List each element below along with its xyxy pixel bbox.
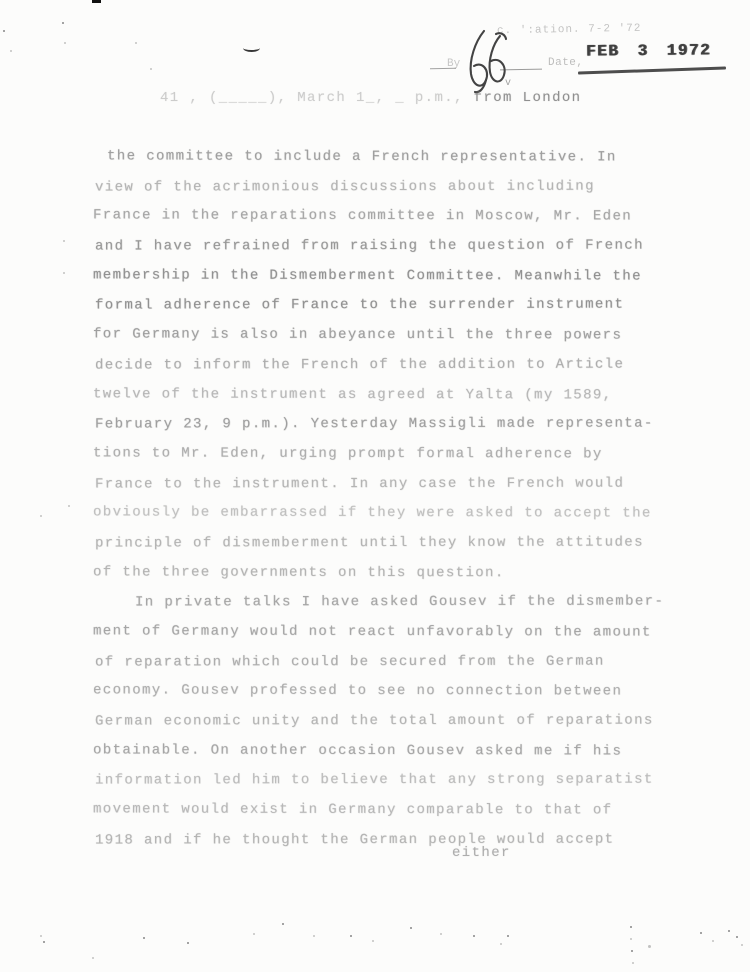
scan-speck	[631, 950, 633, 952]
scan-speck	[92, 957, 94, 959]
scan-speck	[63, 240, 65, 242]
typewritten-line: 1918 and if he thought the German people…	[95, 825, 701, 856]
scan-speck	[700, 932, 702, 934]
typewritten-line: membership in the Dismemberment Committe…	[93, 261, 699, 292]
typewritten-line: decide to inform the French of the addit…	[95, 350, 701, 381]
typewritten-line: German economic unity and the total amou…	[95, 707, 701, 738]
typewritten-line: formal adherence of France to the surren…	[95, 291, 701, 322]
typewritten-line: the committee to include a French repres…	[107, 142, 699, 173]
scan-speck	[630, 938, 632, 940]
typewritten-line: obviously be embarrassed if they were as…	[93, 499, 699, 530]
scan-speck	[64, 42, 66, 44]
typewritten-line: of reparation which could be secured fro…	[95, 647, 701, 678]
scan-speck	[712, 940, 714, 942]
scan-speck	[40, 935, 42, 937]
pencil-check-mark: v	[505, 78, 511, 89]
scan-speck	[253, 933, 255, 935]
scan-speck	[473, 935, 475, 937]
scan-speck	[68, 505, 70, 507]
scan-speck	[632, 962, 634, 964]
scan-speck	[728, 930, 730, 932]
typewritten-line: France to the instrument. In any case th…	[95, 469, 701, 500]
typewritten-line: principle of dismemberment until they kn…	[95, 528, 701, 559]
typewritten-line: obtainable. On another occasion Gousev a…	[93, 736, 699, 767]
scan-speck	[507, 935, 509, 937]
scan-speck	[736, 936, 738, 938]
scan-speck	[62, 22, 64, 24]
scan-speck	[43, 941, 45, 943]
scan-speck	[350, 935, 352, 937]
scan-curve-mark	[243, 44, 260, 52]
typewritten-line: ment of Germany would not react unfavora…	[93, 617, 699, 648]
scan-speck	[135, 42, 137, 44]
scan-speck	[63, 272, 65, 274]
scan-speck	[187, 942, 189, 944]
declassification-stamp: c. ':ation. 7-2 '72 By Date, FEB 3 1972	[400, 12, 740, 92]
typewritten-line: of the three governments on this questio…	[93, 558, 699, 589]
scan-speck	[410, 927, 412, 929]
catchword: either	[452, 845, 511, 861]
stamp-date-label: Date,	[548, 57, 584, 69]
scan-speck	[648, 945, 651, 948]
typewritten-line: for Germany is also in abeyance until th…	[93, 320, 699, 351]
stamp-underline	[578, 66, 726, 74]
scan-speck	[500, 943, 502, 945]
scan-edge-mark	[92, 0, 101, 3]
scan-speck	[3, 30, 5, 32]
scan-speck	[630, 926, 632, 928]
document-page: c. ':ation. 7-2 '72 By Date, FEB 3 1972 …	[0, 0, 750, 972]
scan-speck	[282, 923, 284, 925]
scan-speck	[150, 68, 152, 70]
stamp-rule	[500, 69, 542, 71]
stamp-faint-text: c. ':ation. 7-2 '72	[497, 23, 642, 38]
typewritten-line: and I have refrained from raising the qu…	[95, 232, 701, 263]
typewritten-line: movement would exist in Germany comparab…	[93, 795, 699, 826]
typewritten-line: information led him to believe that any …	[95, 766, 701, 797]
scan-speck	[741, 944, 743, 946]
scan-speck	[372, 940, 374, 942]
typewritten-body: the committee to include a French repres…	[93, 143, 699, 856]
typewritten-line: tions to Mr. Eden, urging prompt formal …	[93, 439, 699, 470]
scan-speck	[40, 515, 42, 517]
header-origin-text: from London	[474, 90, 582, 106]
typewritten-line: In private talks I have asked Gousev if …	[135, 588, 701, 619]
telegram-header-line: 41 , (_____), March 1_, _ p.m., from Lon…	[160, 90, 581, 106]
typewritten-line: France in the reparations committee in M…	[93, 202, 699, 233]
typewritten-line: view of the acrimonious discussions abou…	[95, 172, 701, 203]
typewritten-line: economy. Gousev professed to see no conn…	[93, 677, 699, 708]
header-faint-text: 41 , (_____), March 1_, _ p.m.,	[160, 90, 474, 106]
scan-speck	[143, 937, 145, 939]
scan-speck	[440, 933, 442, 935]
scan-speck	[313, 935, 315, 937]
scan-speck	[10, 50, 12, 52]
typewritten-line: February 23, 9 p.m.). Yesterday Massigli…	[95, 410, 701, 441]
typewritten-line: twelve of the instrument as agreed at Ya…	[93, 380, 699, 411]
stamp-date-value: FEB 3 1972	[586, 41, 711, 60]
